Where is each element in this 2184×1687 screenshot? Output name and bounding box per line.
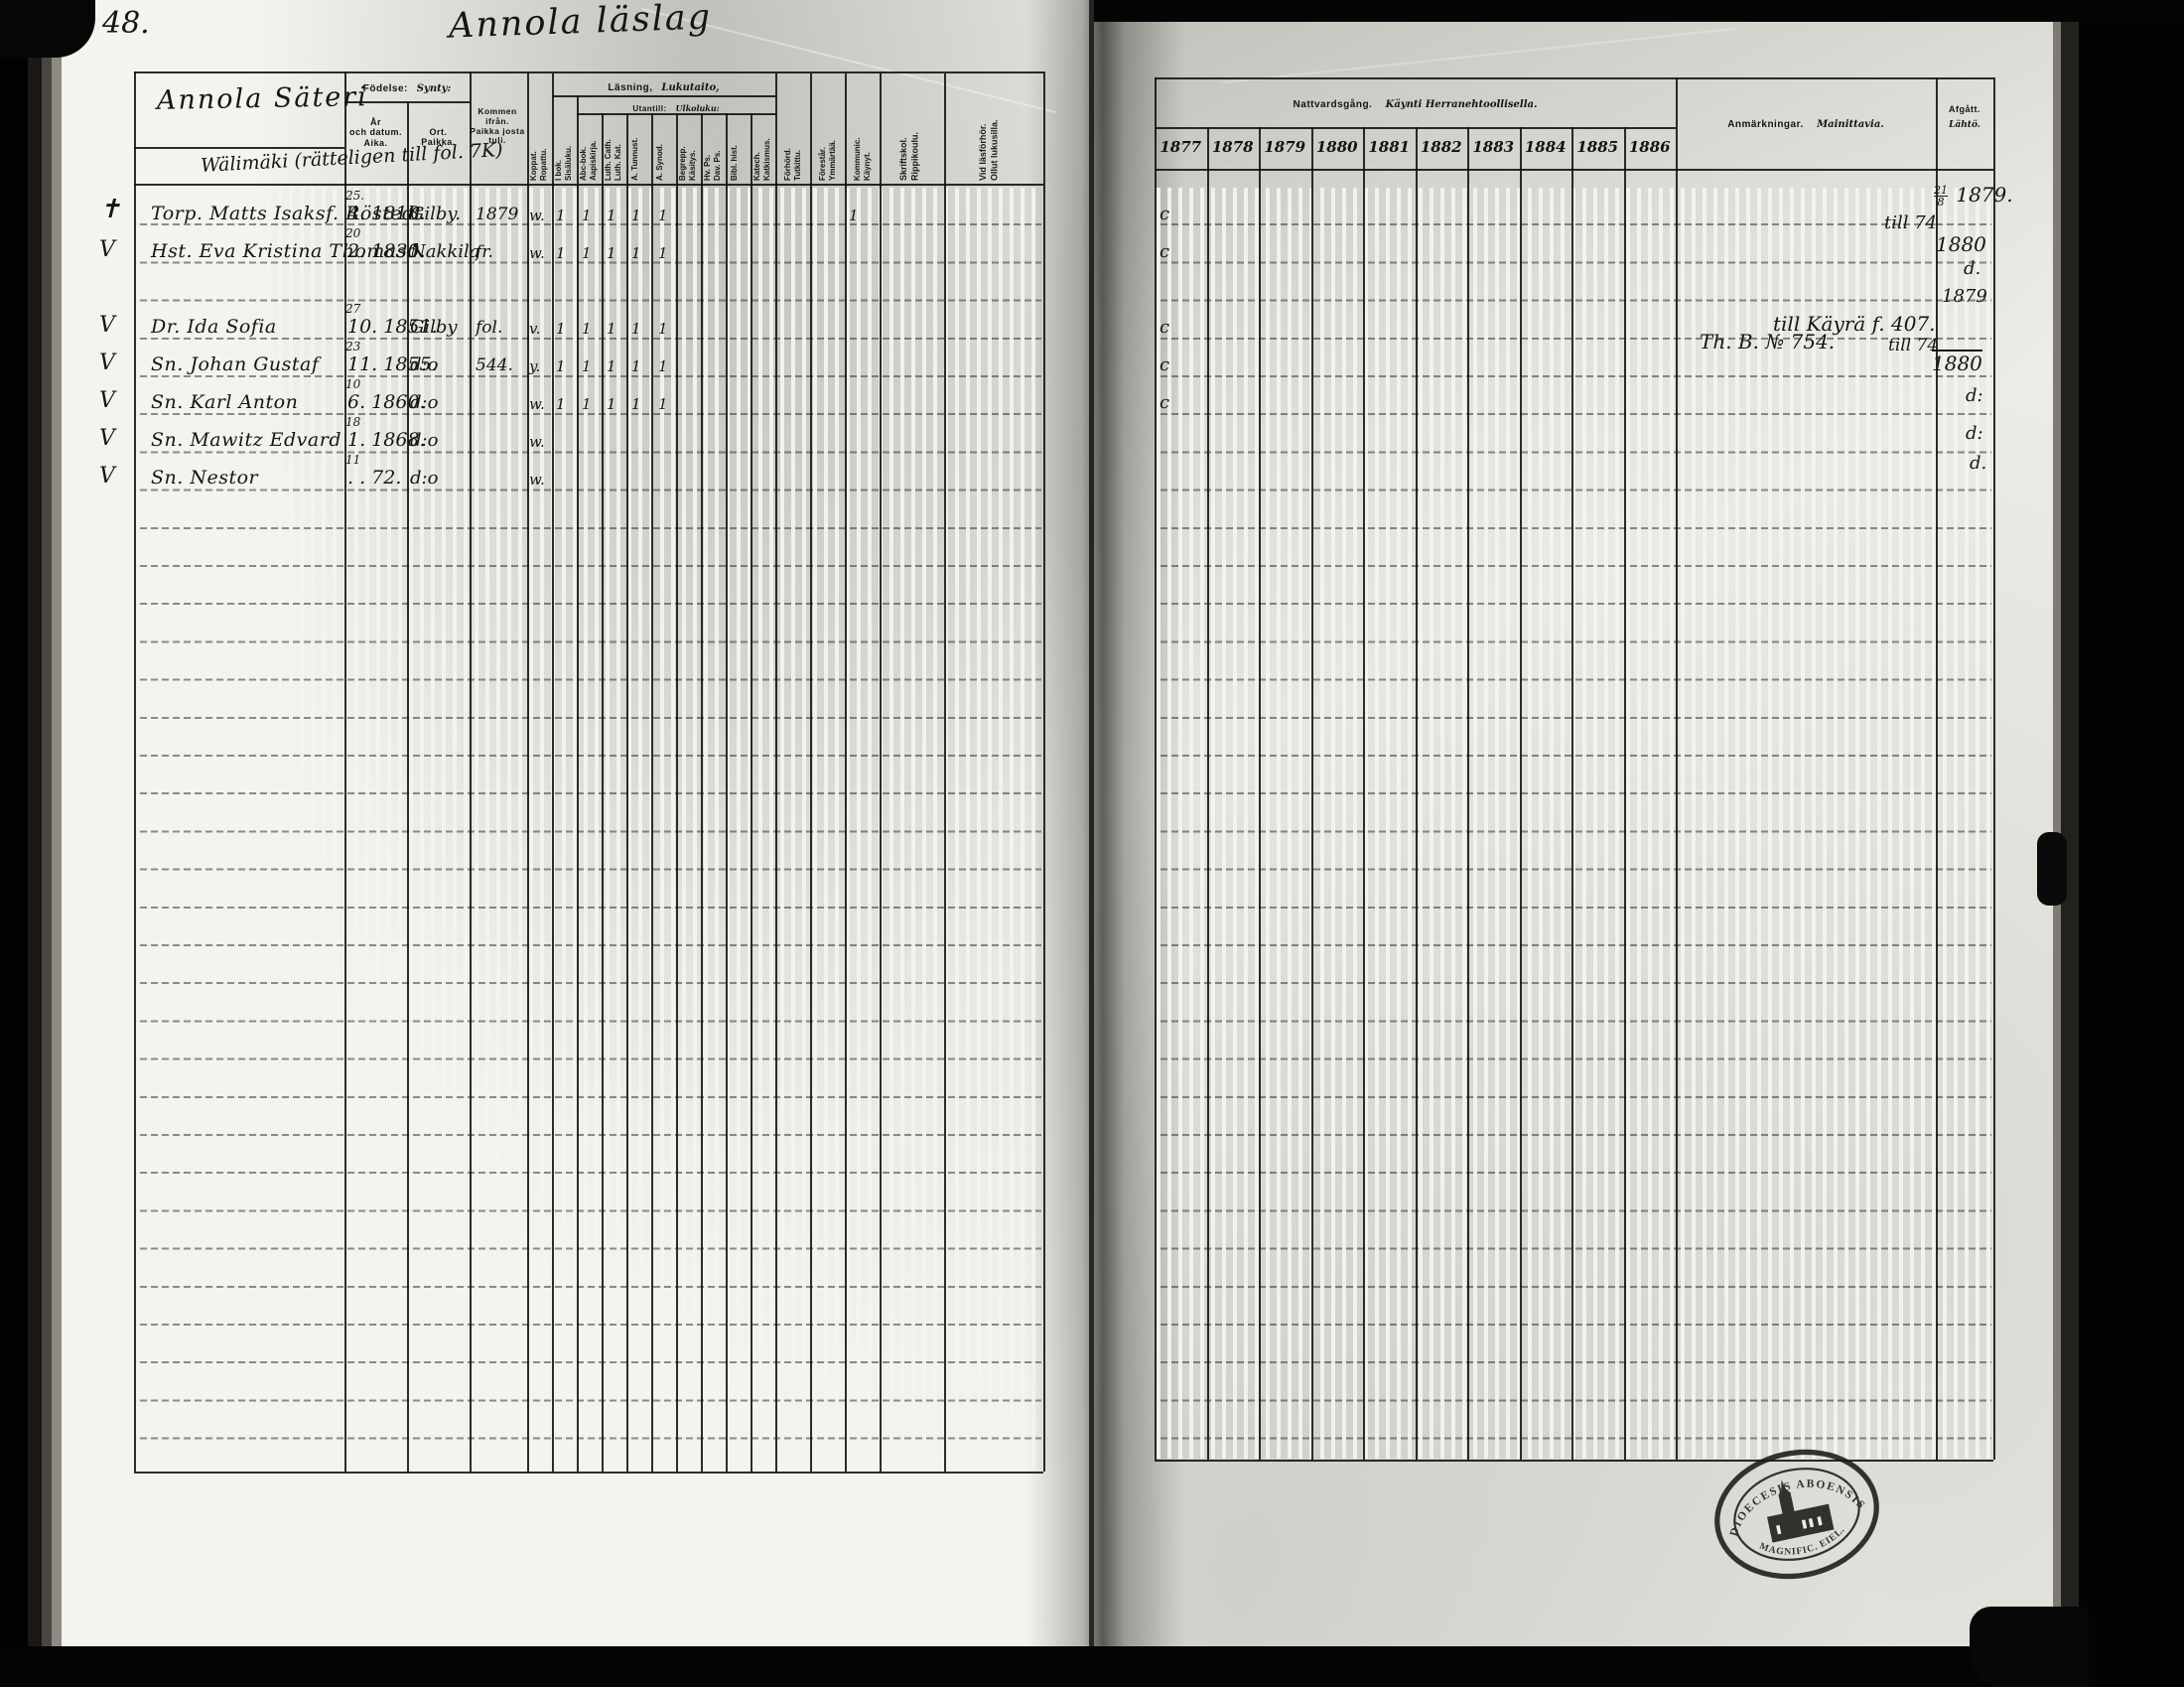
year-label: 1885: [1571, 130, 1624, 166]
grid-line: [775, 73, 777, 1472]
row-birth-place: Gilby: [410, 317, 458, 338]
grade-mark: 1: [631, 357, 641, 375]
row-birth-day: 23: [345, 340, 360, 353]
col-header-communicated: Kommunic. Käynyt.: [853, 79, 873, 181]
departed-note: 218 1879.: [1934, 183, 2013, 208]
grid-line: [1936, 77, 1938, 1460]
table-row: V Sn. Nestor 11 . . 72. d:o w.: [0, 453, 2184, 491]
departed-note: till 74: [1888, 336, 1938, 355]
table-row: ✝ Torp. Matts Isaksf. Röstedt 25. 4. 181…: [0, 189, 2184, 226]
col-header-confirmation-school: Skriftskol. Rippikoulu.: [898, 79, 921, 181]
row-come-from: 544.: [476, 355, 513, 375]
col-header-catechism: Katech. Katkismus.: [752, 116, 772, 181]
communion-mark: c: [1160, 317, 1169, 338]
year-label: 1884: [1520, 130, 1572, 166]
col-header-bible-history: Bibl. hist.: [730, 116, 740, 181]
grid-line: [1155, 77, 1157, 1460]
grade-mark: 1: [607, 320, 616, 338]
grade-mark: 1: [631, 395, 641, 413]
row-check: V: [99, 237, 115, 262]
grid-line: [134, 71, 136, 1472]
grade-mark: 1: [658, 357, 668, 375]
grid-line: [134, 71, 1043, 73]
grade-mark: w.: [529, 471, 545, 489]
grade-mark: 1: [607, 244, 616, 262]
row-name: Sn. Karl Anton: [151, 391, 298, 413]
grade-mark: w.: [529, 207, 545, 224]
row-check: V: [99, 426, 115, 451]
departed-note: d.: [1970, 453, 1986, 474]
row-birth-place: d:o: [410, 430, 438, 451]
row-birth-date: . . 72.: [347, 467, 401, 489]
grade-mark: 1: [556, 244, 566, 262]
grade-mark: 1: [631, 244, 641, 262]
departed-note: 1880: [1932, 350, 1982, 375]
grade-mark: 1: [658, 320, 668, 338]
remarks-header: Anmärkningar. Mainittavia.: [1676, 114, 1936, 132]
col-header-abc-book: Abc-bok. Aapiskirja.: [579, 116, 599, 181]
year-label: 1878: [1207, 130, 1260, 166]
grade-mark: 1: [607, 395, 616, 413]
col-header-in-book: I bok. Sisäluku.: [554, 99, 574, 181]
col-header-confession: A. Tunnust.: [630, 116, 640, 181]
grid-line: [845, 73, 847, 1472]
row-birth-place: Gilby.: [410, 204, 461, 224]
row-check: V: [99, 313, 115, 338]
year-label: 1877: [1155, 130, 1207, 166]
col-header-synod: A. Synod.: [655, 116, 665, 181]
page-number: 48.: [102, 6, 150, 41]
row-birth-place: d:o: [410, 354, 438, 375]
year-label: 1880: [1311, 130, 1364, 166]
departed-note: d.: [1964, 258, 1980, 279]
header-birth-date: År och datum. Aika.: [344, 117, 407, 148]
row-come-from: 1879: [476, 205, 518, 224]
row-birth-day: 25.: [345, 189, 364, 203]
communion-mark: c: [1160, 241, 1169, 262]
row-birth-day: 10: [345, 377, 360, 391]
col-header-comprehension: Begrepp. Käsitys.: [678, 116, 698, 181]
grade-mark: 1: [582, 244, 592, 262]
row-birth-place: d:o: [410, 392, 438, 413]
row-come-from: fr.: [476, 242, 493, 262]
estate-name: Annola Säteri: [157, 81, 368, 116]
grid-line: [1155, 127, 1676, 129]
departed-note: d:: [1966, 385, 1983, 406]
grade-mark: v.: [529, 320, 540, 338]
book-edge-top: [1094, 0, 2184, 22]
grid-line: [1155, 77, 1993, 79]
scanned-parish-register-spread: 48. Annola läslag Annola Säteri Wälimäki…: [0, 0, 2184, 1687]
row-birth-place: Nakkila: [410, 241, 480, 262]
grade-mark: 1: [556, 357, 566, 375]
grid-line: [470, 71, 472, 1472]
year-header-row: 1877 1878 1879 1880 1881 1882 1883 1884 …: [1155, 130, 1676, 166]
grade-mark: w.: [529, 395, 545, 413]
grade-mark: y.: [529, 357, 540, 375]
col-header-examined: Förhörd. Tutkittu.: [783, 79, 803, 181]
table-row: V Hst. Eva Kristina Thomasd. 20 2. 1830.…: [0, 226, 2184, 264]
table-row: V Sn. Mawitz Edvard 18 1. 1868. d:o w.: [0, 415, 2184, 453]
year-label: 1881: [1363, 130, 1416, 166]
grid-line: [344, 71, 346, 1472]
grid-line: [1993, 77, 1995, 1460]
grade-mark: 1: [582, 395, 592, 413]
grade-mark: 1: [658, 244, 668, 262]
right-page: [1094, 22, 2053, 1648]
scan-artifact: [2037, 832, 2067, 906]
scan-artifact: [1970, 1607, 2089, 1687]
grade-mark: 1: [607, 357, 616, 375]
row-name: Sn. Nestor: [151, 467, 258, 489]
grade-mark: w.: [529, 433, 545, 451]
grade-mark: 1: [582, 320, 592, 338]
grid-line: [1676, 77, 1678, 1460]
row-check: V: [99, 464, 115, 489]
row-birth-day: 11: [345, 453, 360, 467]
col-header-psalms: Hv. Ps. Dav. Ps.: [703, 116, 723, 181]
header-birth-place: Ort. Paikka.: [407, 127, 470, 148]
departed-note: 1879: [1942, 286, 1987, 307]
communion-mark: c: [1160, 354, 1169, 375]
row-check: ✝: [99, 195, 121, 224]
col-header-luth-catechism: Luth. Cath. Luth. Kat.: [604, 116, 623, 181]
grid-line: [880, 73, 882, 1472]
grid-line: [1155, 169, 1993, 171]
grade-mark: 1: [658, 207, 668, 224]
row-check: V: [99, 388, 115, 413]
row-name: Dr. Ida Sofia: [151, 316, 277, 338]
departed-note: till 74: [1884, 212, 1937, 233]
year-label: 1882: [1416, 130, 1468, 166]
col-header-reading-examination: Vid läsförhör. Ollut lukusilla.: [978, 79, 1001, 181]
grade-mark: 1: [556, 395, 566, 413]
departed-note: 1880: [1936, 232, 1986, 256]
year-label: 1886: [1624, 130, 1677, 166]
col-header-vaccinated: Koppat. Ropattu.: [529, 75, 549, 181]
grade-mark: 1: [607, 207, 616, 224]
row-birth-place: d:o: [410, 468, 438, 489]
grade-mark: 1: [556, 320, 566, 338]
communion-mark: c: [1160, 204, 1169, 224]
book-edge-bottom: [0, 1646, 2184, 1687]
departed-header: Afgått. Lähtö.: [1936, 104, 1993, 133]
communion-mark: c: [1160, 392, 1169, 413]
row-name: Sn. Johan Gustaf: [151, 353, 319, 375]
grade-mark: 1: [582, 357, 592, 375]
grade-mark: w.: [529, 244, 545, 262]
header-come-from: Kommen ifrån. Paikka josta tuli.: [467, 107, 528, 146]
row-come-from: fol.: [476, 318, 502, 338]
grid-line: [810, 73, 812, 1472]
grade-mark: 1: [582, 207, 592, 224]
communion-header: Nattvardsgång. Käynti Herranehtoollisell…: [1155, 94, 1676, 112]
col-header-understands: Förestår. Ymmärtää.: [818, 79, 838, 181]
row-check: V: [99, 351, 115, 375]
row-birth-day: 18: [345, 415, 360, 429]
grade-mark: 1: [556, 207, 566, 224]
header-by-heart: Utantill: Ulkoluku:: [577, 98, 775, 116]
year-label: 1883: [1467, 130, 1520, 166]
grid-line: [527, 71, 529, 1472]
grid-line: [944, 73, 946, 1472]
grid-line: [1043, 71, 1045, 1472]
grade-mark: 1: [631, 320, 641, 338]
header-reading: Läsning, Lukutaito,: [552, 77, 775, 95]
year-label: 1879: [1259, 130, 1311, 166]
row-birth-day: 27: [345, 302, 360, 316]
grade-mark: 1: [849, 207, 859, 224]
grid-line: [552, 73, 554, 1472]
departed-note: d:: [1966, 423, 1983, 444]
grade-mark: 1: [658, 395, 668, 413]
row-birth-day: 20: [345, 226, 360, 240]
table-row: V Sn. Johan Gustaf 23 11. 1855. d:o 544.…: [0, 340, 2184, 377]
grid-line: [134, 1472, 1043, 1474]
header-birth: Födelse: Synty:: [344, 78, 470, 96]
row-name: Sn. Mawitz Edvard: [151, 429, 341, 451]
table-row: V Sn. Karl Anton 10 6. 1860. d:o w. 1 1 …: [0, 377, 2184, 415]
grade-mark: 1: [631, 207, 641, 224]
grid-line: [134, 184, 1043, 186]
remark-note: Th. B. № 754.: [1700, 330, 1835, 353]
